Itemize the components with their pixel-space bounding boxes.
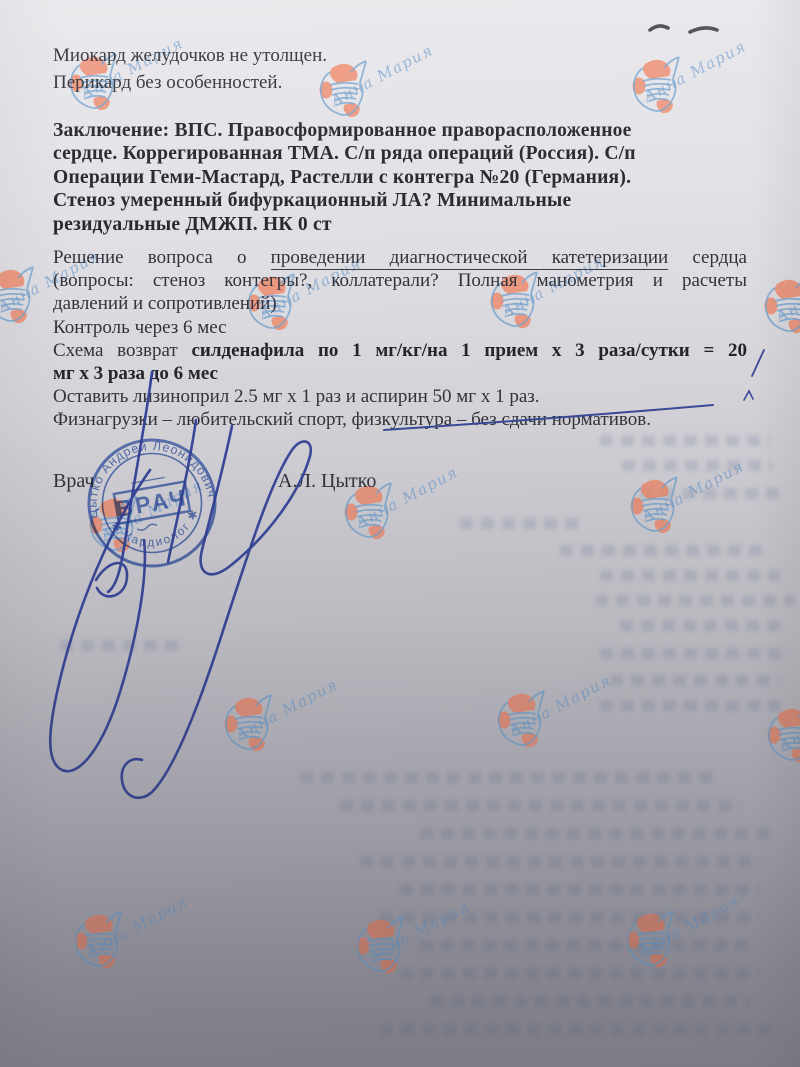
stamp-center-text: ВРАЧ xyxy=(114,484,190,522)
watermark: Анна Мария xyxy=(623,909,681,975)
plain-text: сердца xyxy=(668,247,747,268)
bold-phrase: силденафила по 1 мг/кг/на 1 прием х 3 ра… xyxy=(191,340,747,361)
conclusion-line: резидуальные ДМЖП. НК 0 ст xyxy=(53,213,747,236)
findings-block: Миокард желудочков не утолщен. Перикард … xyxy=(53,42,747,96)
recommendation-line: давлений и сопротивлений) xyxy=(53,292,747,315)
conclusion-line: сердце. Коррегированная ТМА. С/п ряда оп… xyxy=(53,142,747,165)
recommendation-line: (вопросы: стеноз контегры?, коллатерали?… xyxy=(53,269,747,292)
conclusion-line: Стеноз умеренный бифуркационный ЛА? Мини… xyxy=(53,189,747,212)
conclusion-line: Операции Геми-Мастард, Растелли с контег… xyxy=(53,166,747,189)
watermark: Анна Мария xyxy=(221,693,279,759)
watermark: Анна Мария xyxy=(0,265,41,331)
conclusion-line: Заключение: ВПС. Правосформированное пра… xyxy=(53,119,747,142)
watermark: Анна Мария xyxy=(71,910,129,976)
watermark: Анна Мария xyxy=(761,275,800,341)
underlined-phrase: проведении диагностической катетеризации xyxy=(271,247,669,270)
plain-text: Схема возврат xyxy=(53,340,191,361)
doctor-name: А.Л. Цытко xyxy=(278,470,376,493)
findings-line: Перикард без особенностей. xyxy=(53,69,747,96)
conclusion-block: Заключение: ВПС. Правосформированное пра… xyxy=(53,119,747,236)
plain-text: Решение вопроса о xyxy=(53,247,271,268)
watermark: Анна Мария xyxy=(764,704,800,770)
recommendation-line: Схема возврат силденафила по 1 мг/кг/на … xyxy=(53,339,747,362)
photographed-medical-report: { "report": { "findings": [ "Миокард жел… xyxy=(0,0,800,1067)
findings-line: Миокард желудочков не утолщен. xyxy=(53,42,747,69)
watermark: Анна Мария xyxy=(353,915,411,981)
recommendation-line: Решение вопроса о проведении диагностиче… xyxy=(53,246,747,269)
watermark: Анна Мария xyxy=(494,689,552,755)
recommendation-line: мг х 3 раза до 6 мес xyxy=(53,362,747,385)
recommendation-line: Оставить лизиноприл 2.5 мг х 1 раз и асп… xyxy=(53,385,747,408)
recommendation-line: Контроль через 6 мес xyxy=(53,316,747,339)
recommendations-block: Решение вопроса о проведении диагностиче… xyxy=(53,246,747,432)
doctor-stamp: Цытко Андрей Леонидович ✱ Кардиолог ✱ ВР… xyxy=(65,416,239,590)
